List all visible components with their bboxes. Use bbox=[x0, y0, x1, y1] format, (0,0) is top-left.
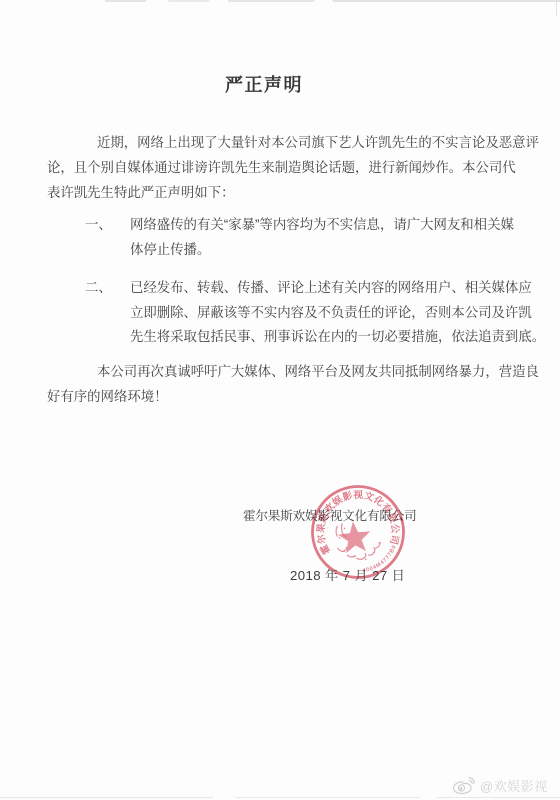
svg-text:霍尔果斯欢娱影视文化有限公司: 霍尔果斯欢娱影视文化有限公司 bbox=[310, 484, 402, 557]
statement-item-1: 一、 网络盛传的有关“家暴”等内容均为不实信息，请广大网友和相关媒 体停止传播。 bbox=[85, 213, 552, 262]
watermark-text: @欢娱影视 bbox=[480, 776, 548, 795]
document-title: 严正声明 bbox=[0, 75, 528, 97]
signature-date: 2018 年 7 月 27 日 bbox=[290, 568, 405, 584]
intro-paragraph: 近期，网络上出现了大量针对本公司旗下艺人许凯先生的不实言论及恶意评 论，且个别自… bbox=[47, 130, 552, 205]
scan-artifact-bottom bbox=[0, 797, 560, 799]
weibo-icon bbox=[452, 776, 476, 795]
weibo-watermark: @欢娱影视 bbox=[452, 775, 548, 795]
statement-item-2: 二、 已经发布、转载、传播、评论上述有关内容的网络用户、相关媒体应 立即删除、屏… bbox=[85, 276, 552, 350]
list-marker-1: 一、 bbox=[85, 213, 130, 262]
closing-paragraph: 本公司再次真诚呼吁广大媒体、网络平台及网友共同抵制网络暴力，营造良 好有序的网络… bbox=[47, 359, 552, 409]
seal-ring-text: 霍尔果斯欢娱影视文化有限公司 bbox=[310, 484, 402, 557]
list-marker-2: 二、 bbox=[85, 276, 130, 350]
list-text-2: 已经发布、转载、传播、评论上述有关内容的网络用户、相关媒体应 立即删除、屏蔽该等… bbox=[130, 276, 552, 350]
scan-artifact-top bbox=[105, 0, 560, 2]
scan-artifact-right bbox=[556, 0, 558, 16]
list-text-1: 网络盛传的有关“家暴”等内容均为不实信息，请广大网友和相关媒 体停止传播。 bbox=[130, 213, 552, 262]
document-page: 严正声明 近期，网络上出现了大量针对本公司旗下艺人许凯先生的不实言论及恶意评 论… bbox=[0, 0, 560, 800]
